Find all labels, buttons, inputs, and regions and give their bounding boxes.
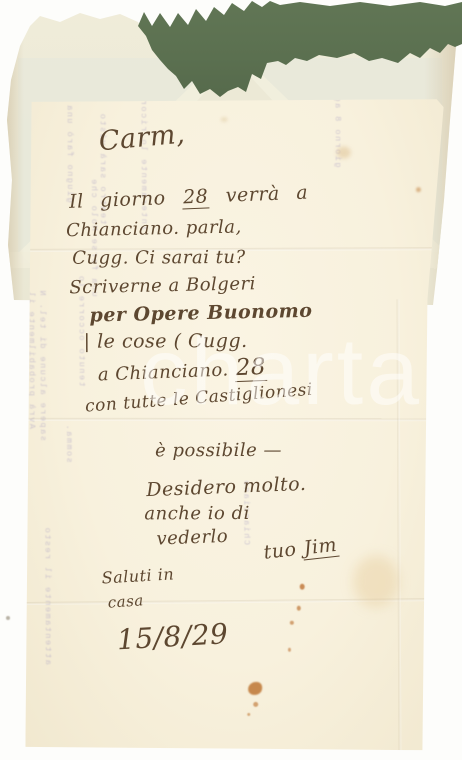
stain <box>253 702 258 707</box>
handwritten-line: Desidero molto. <box>146 473 307 501</box>
line-text: verrà a <box>209 182 309 208</box>
handwritten-line: casa <box>107 591 144 612</box>
fold-crease <box>25 598 449 605</box>
handwritten-date: 15/8/29 <box>116 617 229 656</box>
handwritten-line: | le cose ( Cugg. <box>84 330 248 353</box>
line-text: a Chianciano. <box>97 359 235 385</box>
envelope-left-edge-shadow <box>4 20 24 310</box>
underlined-name: Jim <box>302 534 340 561</box>
stain <box>288 648 291 652</box>
stain <box>416 187 421 192</box>
handwritten-line: è possibile — <box>155 440 282 462</box>
underlined-number: 28 <box>182 185 210 209</box>
handwritten-line: Scriverne a Bolgeri <box>69 273 256 298</box>
handwritten-line: Chianciano. parla, <box>66 216 242 241</box>
handwritten-salutation: Carm, <box>98 119 187 158</box>
stain <box>247 713 250 716</box>
handwritten-line: Cugg. Ci sarai tu? <box>72 247 245 269</box>
line-text: tuo <box>263 538 305 564</box>
stain <box>6 616 10 620</box>
ghost-typewriting: Avrà probabilmente il <box>26 290 37 429</box>
ghost-typewriting: giugno farò una <box>65 104 75 203</box>
stain <box>248 682 262 695</box>
fold-crease <box>24 418 448 421</box>
line-text: Il giorno <box>69 186 183 212</box>
fold-crease-vertical <box>396 299 401 752</box>
handwritten-line: anche io di <box>144 503 250 524</box>
stain <box>290 621 294 625</box>
handwritten-signature: tuo Jim <box>263 534 340 564</box>
handwritten-line: per Opere Buonomo <box>89 300 312 327</box>
scanned-letter-photo: Avrà probabilmente il sapere alcune di t… <box>0 0 462 760</box>
ghost-typewriting: somma. <box>64 423 74 463</box>
ghost-typewriting: sapere alcune di tel. N <box>37 289 48 441</box>
ghost-typewriting: attentamente il resto <box>42 526 53 665</box>
handwritten-line: vederlo <box>156 526 228 550</box>
handwritten-line: a Chianciano. 28 <box>97 354 267 387</box>
underlined-number: 28 <box>234 354 267 382</box>
stain <box>221 117 228 122</box>
letter-sheet: Avrà probabilmente il sapere alcune di t… <box>23 97 450 756</box>
stain <box>300 584 305 590</box>
handwritten-line: Saluti in <box>101 564 174 587</box>
stain <box>297 606 301 611</box>
